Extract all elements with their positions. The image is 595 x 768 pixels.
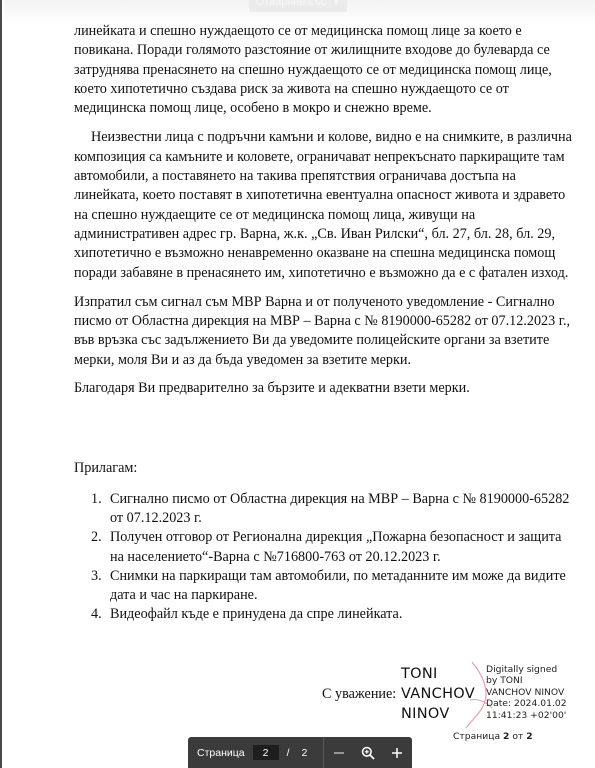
plus-icon [391,747,403,759]
attachment-item: 4. Видеофайл къде е принудена да спре ли… [91,605,574,624]
zoom-button[interactable] [357,742,379,764]
open-with-label: Отваряне със [256,0,327,8]
page-footer-total: 2 [526,731,532,742]
attachment-number: 4. [91,605,110,624]
attachment-item: 1. Сигнално писмо от Областна дирекция н… [91,490,574,529]
zoom-magnifier-icon [361,746,375,760]
page-footer-prefix: Страница [453,731,500,742]
page-label: Страница [197,747,245,759]
attachment-number: 2. [91,528,110,567]
page-navigation: Страница / 2 [188,737,324,768]
attachment-number: 3. [91,567,110,606]
attachment-item: 2. Получен отговор от Регионална дирекци… [91,528,574,567]
paragraph-4: Благодаря Ви предварително за бързите и … [74,379,574,398]
attachment-number: 1. [91,490,110,529]
viewer-toolbar: Страница / 2 [188,737,412,768]
signature-detail-line: 11:41:23 +02'00' [486,710,567,721]
page-total: 2 [302,747,308,759]
signature-name-line: TONI [401,664,475,684]
zoom-controls [324,737,412,768]
paragraph-3: Изпратил съм сигнал съм МВР Варна и от п… [74,293,574,370]
signature-detail-line: by TONI [486,675,567,686]
closing-salutation: С уважение: [322,686,396,703]
paragraph-2: Неизвестни лица с подръчни камъни и коло… [74,128,574,282]
digital-signature-details: Digitally signed by TONI VANCHOV NINOV D… [486,664,567,721]
page-number-footer: Страница 2 от 2 [453,731,533,742]
signature-detail-line: Date: 2024.01.02 [486,698,567,709]
zoom-out-button[interactable] [328,742,350,764]
page-footer-middle: от [512,731,523,742]
attachment-text: Получен отговор от Регионална дирекция „… [110,528,574,567]
attachment-text: Сигнално писмо от Областна дирекция на М… [110,490,574,529]
document-page: линейката и спешно нуждаещото се от меди… [74,22,574,625]
page-footer-current: 2 [503,731,509,742]
page-separator: / [287,747,290,759]
signature-name-line: VANCHOV [401,684,475,704]
open-with-button[interactable]: Отваряне със ▼ [249,0,347,12]
attachment-item: 3. Снимки на паркиращи там автомобили, п… [91,567,574,606]
pdf-viewer: Отваряне със ▼ линейката и спешно нуждае… [0,0,595,768]
chevron-down-icon: ▼ [332,0,340,7]
signature-name: TONI VANCHOV NINOV [401,664,475,724]
page-number-input[interactable] [253,745,279,760]
attachment-text: Видеофайл къде е принудена да спре линей… [110,605,574,624]
minus-icon [333,747,345,759]
attachments-list: 1. Сигнално писмо от Областна дирекция н… [74,490,574,625]
signature-detail-line: VANCHOV NINOV [486,687,567,698]
paragraph-1: линейката и спешно нуждаещото се от меди… [74,22,574,118]
signature-name-line: NINOV [401,704,475,724]
attachment-text: Снимки на паркиращи там автомобили, по м… [110,567,574,606]
attachments-heading: Прилагам: [74,459,574,478]
signature-detail-line: Digitally signed [486,664,567,675]
zoom-in-button[interactable] [386,742,408,764]
